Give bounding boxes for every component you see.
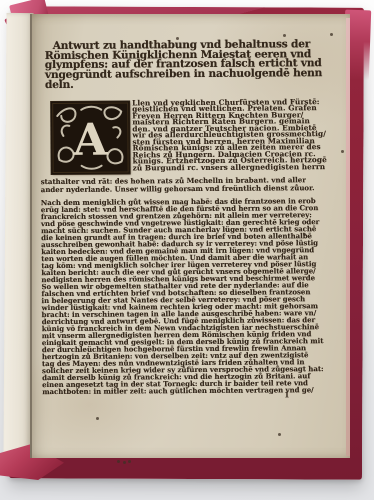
- text-line: vngegründt aufschreiben in nachuolgendē …: [45, 69, 345, 81]
- decorated-initial: A: [51, 101, 130, 174]
- wormhole-speck: [278, 433, 281, 436]
- text-line: machtboten: in mitler zeit: auch gütlich…: [42, 385, 349, 394]
- initial-letter: A: [72, 115, 108, 166]
- wormhole-speck: [96, 417, 99, 420]
- text-line: zů Burgundi rc. vnsers allergnedigisten …: [133, 163, 348, 171]
- book-photo: Antwurt zu handthabung vnd behaltnuss de…: [0, 0, 374, 500]
- main-paragraph: Nach dem menigklich gůt wissen mag habē:…: [41, 197, 349, 395]
- wormhole-speck: [303, 233, 306, 236]
- opening-paragraph: Llen vnd yegklichen Churfürsten vnd Fürs…: [132, 99, 347, 171]
- salutation-lines: stathalter vnd rät: des hohen rats zů Me…: [41, 176, 348, 193]
- title-heading: Antwurt zu handthabung vnd behaltnuss de…: [45, 40, 345, 91]
- wormhole-speck: [330, 33, 333, 36]
- wormhole-speck: [117, 460, 120, 463]
- signature-mark: 1: [284, 390, 289, 399]
- printed-text-block: Antwurt zu handthabung vnd behaltnuss de…: [39, 37, 350, 407]
- wormhole-speck: [128, 460, 131, 463]
- wormhole-speck: [341, 150, 344, 153]
- wormhole-speck: [123, 461, 126, 464]
- wormhole-speck: [283, 34, 286, 37]
- wormhole-speck: [176, 37, 179, 40]
- text-line: ander nyderlande. Unser willig gehorsam …: [41, 184, 348, 194]
